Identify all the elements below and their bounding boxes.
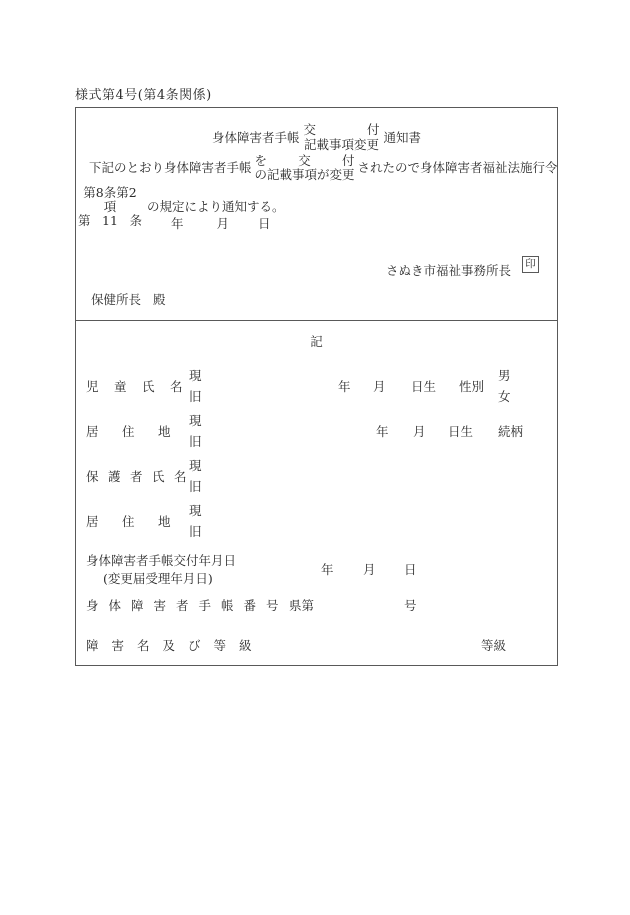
sex-female: 女	[498, 390, 511, 403]
title-change-text: 記載事項変更	[304, 137, 380, 152]
paragraph-top-char-1: を	[255, 154, 268, 168]
child-birth-month: 月	[373, 377, 386, 395]
disability-label: 障害名及び等級	[86, 636, 265, 656]
sex-options-stack: 男 女	[498, 369, 511, 403]
residence1-current-old-stack: 現 旧	[189, 414, 202, 448]
title-issue-char-2: 付	[367, 122, 380, 137]
row-handbook-issue-date: 身体障害者手帳交付年月日 (変更届受理年月日) 年 月 日	[76, 550, 557, 588]
issuer-name: さぬき市福祉事務所長	[386, 264, 511, 278]
title-issue-or-change-stack: 交 付 記載事項変更	[304, 122, 380, 152]
paragraph-change-text: の記載事項が変更	[255, 168, 355, 182]
child-name-label: 児童氏名	[86, 377, 198, 395]
child-birth-day: 日生	[411, 377, 436, 395]
issue-date-day: 日	[404, 560, 417, 578]
residence1-label: 居住地	[86, 422, 194, 440]
sex-male: 男	[498, 369, 511, 382]
title-issue-char-1: 交	[304, 122, 317, 137]
residence1-current: 現	[189, 414, 202, 427]
row-guardian-name: 保護者氏名 現 旧	[76, 459, 557, 493]
handbook-number-suffix: 号	[404, 596, 417, 616]
residence1-day: 日生	[448, 422, 473, 440]
child-name-current: 現	[189, 369, 202, 382]
handbook-number-prefix: 県第	[289, 596, 314, 616]
residence1-old: 旧	[189, 435, 202, 448]
form-border-box: 身体障害者手帳 交 付 記載事項変更 通知書 下記のとおり身体障害者手帳 を 交…	[75, 107, 558, 666]
sex-label: 性別	[459, 377, 484, 395]
notice-date-month: 月	[217, 216, 230, 231]
document-page: 様式第4号(第4条関係) 身体障害者手帳 交 付 記載事項変更 通知書 下記のと…	[0, 0, 630, 915]
section-divider	[76, 320, 557, 321]
notice-date-day: 日	[258, 216, 271, 231]
row-residence-guardian: 居住地 現 旧	[76, 504, 557, 538]
title-prefix: 身体障害者手帳	[212, 130, 300, 145]
child-name-old: 旧	[189, 390, 202, 403]
row-child-name: 児童氏名 現 旧 年 月 日生 性別 男 女	[76, 369, 557, 403]
residence1-month: 月	[413, 422, 426, 440]
title-suffix: 通知書	[384, 130, 422, 145]
grade-label: 等級	[481, 636, 506, 656]
law-article-top: 第8条第2項	[78, 186, 142, 214]
paragraph-suffix: されたので身体障害者福祉法施行令	[358, 161, 558, 175]
guardian-old: 旧	[189, 480, 202, 493]
addressee-line: 保健所長 殿	[91, 293, 166, 307]
residence2-old: 旧	[189, 525, 202, 538]
law-article-stack: 第8条第2項 第 11 条	[78, 186, 142, 228]
residence1-year: 年	[376, 422, 389, 440]
form-number-label: 様式第4号(第4条関係)	[75, 84, 212, 103]
law-bottom-char-1: 第	[78, 214, 91, 228]
seal-stamp-box: 印	[522, 256, 539, 273]
paragraph-top-char-2: 交	[298, 154, 311, 168]
issue-date-label-line1: 身体障害者手帳交付年月日	[86, 554, 236, 567]
relation-label: 続柄	[498, 422, 523, 440]
issue-date-label-line2: (変更届受理年月日)	[103, 572, 213, 585]
issue-date-year: 年	[321, 560, 334, 578]
addressee-honorific: 殿	[153, 293, 166, 307]
handbook-number-label: 身体障害者手帳番号	[86, 596, 289, 616]
body-paragraph: 下記のとおり身体障害者手帳 を 交 付 の記載事項が変更 されたので身体障害者福…	[89, 154, 558, 182]
guardian-current: 現	[189, 459, 202, 472]
record-heading: 記	[76, 335, 557, 349]
law-suffix: の規定により通知する。	[147, 200, 285, 214]
law-bottom-char-2: 条	[129, 214, 142, 228]
child-birth-year: 年	[338, 377, 351, 395]
paragraph-stack-top: を 交 付	[255, 154, 355, 168]
document-title: 身体障害者手帳 交 付 記載事項変更 通知書	[76, 122, 557, 152]
row-disability-grade: 障害名及び等級 等級	[76, 636, 557, 656]
law-article-bottom: 第 11 条	[78, 214, 142, 228]
guardian-name-label: 保護者氏名	[86, 467, 196, 485]
paragraph-prefix: 下記のとおり身体障害者手帳	[89, 161, 252, 175]
issue-date-month: 月	[363, 560, 376, 578]
residence2-current: 現	[189, 504, 202, 517]
notice-date-line: 年 月 日	[171, 217, 271, 231]
paragraph-top-char-3: 付	[342, 154, 355, 168]
law-bottom-number: 11	[102, 214, 118, 228]
residence2-label: 居住地	[86, 512, 194, 530]
child-name-current-old-stack: 現 旧	[189, 369, 202, 403]
notice-date-year: 年	[171, 216, 184, 231]
row-handbook-number: 身体障害者手帳番号 県第 号	[76, 596, 557, 616]
row-residence-child: 居住地 現 旧 年 月 日生 続柄	[76, 414, 557, 448]
guardian-current-old-stack: 現 旧	[189, 459, 202, 493]
addressee-name: 保健所長	[91, 293, 141, 307]
paragraph-issue-or-change-stack: を 交 付 の記載事項が変更	[255, 154, 355, 182]
residence2-current-old-stack: 現 旧	[189, 504, 202, 538]
title-stack-top: 交 付	[304, 122, 380, 137]
